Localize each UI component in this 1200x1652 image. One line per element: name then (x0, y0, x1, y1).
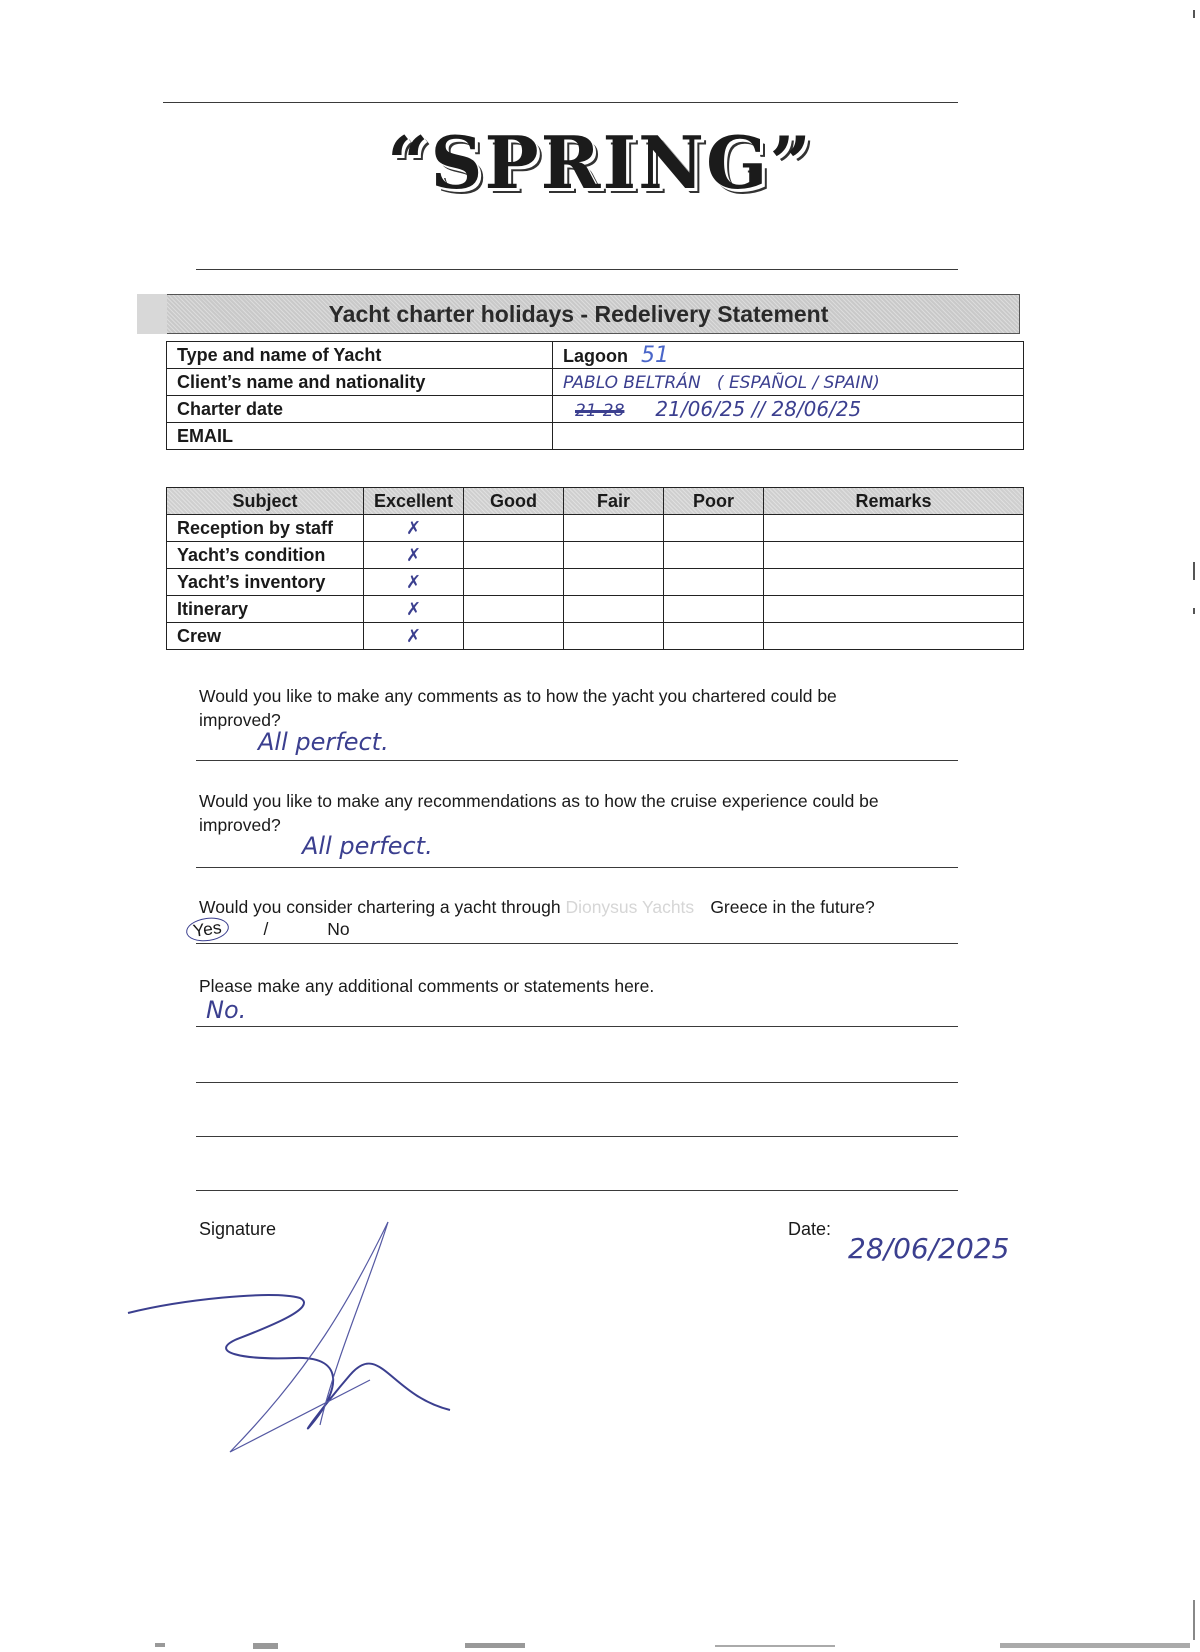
rating-row: Reception by staff✗ (167, 515, 1024, 542)
rating-cell-good[interactable] (464, 623, 564, 650)
banner-title: Yacht charter holidays - Redelivery Stat… (329, 301, 829, 327)
answer-cruise-recommendations[interactable]: All perfect. (302, 832, 433, 860)
top-rule (163, 102, 958, 103)
rating-remarks[interactable] (764, 623, 1024, 650)
rating-cell-poor[interactable] (664, 596, 764, 623)
answer-line (196, 760, 958, 761)
rating-subject: Crew (167, 623, 364, 650)
answer-line (196, 1082, 958, 1083)
x-mark-icon: ✗ (406, 545, 421, 565)
rating-body: Reception by staff✗Yacht’s condition✗Yac… (167, 515, 1024, 650)
info-row-client: Client’s name and nationality PABLO BELT… (167, 369, 1024, 396)
answer-line (196, 1190, 958, 1191)
info-label: Type and name of Yacht (167, 342, 553, 369)
scan-mark (1193, 1600, 1195, 1640)
info-row-yacht: Type and name of Yacht Lagoon 51 (167, 342, 1024, 369)
rating-subject: Reception by staff (167, 515, 364, 542)
scan-mark (715, 1645, 835, 1647)
rating-cell-good[interactable] (464, 542, 564, 569)
option-no[interactable]: No (327, 919, 349, 939)
rating-cell-excellent[interactable]: ✗ (364, 542, 464, 569)
answer-yacht-improvement[interactable]: All perfect. (258, 728, 389, 756)
future-charter-options: Yes / No (186, 918, 350, 941)
answer-line (196, 943, 958, 944)
rating-remarks[interactable] (764, 542, 1024, 569)
printed-value: Lagoon (563, 346, 628, 366)
scan-mark (1193, 562, 1195, 580)
scan-mark (465, 1643, 525, 1648)
rating-cell-poor[interactable] (664, 515, 764, 542)
handwritten-value: 21/06/25 // 28/06/25 (655, 397, 861, 421)
answer-line (196, 867, 958, 868)
col-subject: Subject (167, 488, 364, 515)
answer-line (196, 1026, 958, 1027)
col-poor: Poor (664, 488, 764, 515)
question-text-before: Would you consider chartering a yacht th… (199, 897, 561, 917)
scan-mark (1193, 10, 1195, 18)
rating-subject: Itinerary (167, 596, 364, 623)
handwritten-value: PABLO BELTRÁN ( ESPAÑOL / SPAIN) (563, 373, 880, 393)
rating-remarks[interactable] (764, 515, 1024, 542)
col-good: Good (464, 488, 564, 515)
info-value-yacht[interactable]: Lagoon 51 (553, 342, 1024, 369)
rating-table: Subject Excellent Good Fair Poor Remarks… (166, 487, 1024, 650)
scan-mark (1193, 608, 1195, 614)
info-row-charter-date: Charter date 21-28 21/06/25 // 28/06/25 (167, 396, 1024, 423)
rating-cell-poor[interactable] (664, 542, 764, 569)
info-value-charter-date[interactable]: 21-28 21/06/25 // 28/06/25 (553, 396, 1024, 423)
question-additional-comments: Please make any additional comments or s… (199, 974, 654, 998)
col-fair: Fair (564, 488, 664, 515)
company-name-faded: Dionysus Yachts (565, 895, 705, 919)
handwritten-value: 51 (641, 343, 669, 368)
form-banner: Yacht charter holidays - Redelivery Stat… (137, 294, 1020, 334)
option-yes[interactable]: Yes (185, 915, 230, 944)
date-value[interactable]: 28/06/2025 (848, 1232, 1009, 1265)
col-remarks: Remarks (764, 488, 1024, 515)
title-rule (196, 269, 958, 270)
rating-cell-poor[interactable] (664, 623, 764, 650)
rating-cell-excellent[interactable]: ✗ (364, 623, 464, 650)
scan-mark (1000, 1643, 1190, 1648)
scan-mark (155, 1643, 165, 1647)
rating-subject: Yacht’s inventory (167, 569, 364, 596)
rating-row: Yacht’s inventory✗ (167, 569, 1024, 596)
rating-cell-excellent[interactable]: ✗ (364, 569, 464, 596)
rating-cell-excellent[interactable]: ✗ (364, 596, 464, 623)
rating-remarks[interactable] (764, 569, 1024, 596)
rating-cell-poor[interactable] (664, 569, 764, 596)
rating-row: Itinerary✗ (167, 596, 1024, 623)
struck-out-value: 21-28 (575, 401, 624, 421)
rating-header-row: Subject Excellent Good Fair Poor Remarks (167, 488, 1024, 515)
rating-cell-fair[interactable] (564, 542, 664, 569)
rating-row: Crew✗ (167, 623, 1024, 650)
info-label: EMAIL (167, 423, 553, 450)
col-excellent: Excellent (364, 488, 464, 515)
rating-cell-fair[interactable] (564, 515, 664, 542)
rating-cell-excellent[interactable]: ✗ (364, 515, 464, 542)
answer-additional-comments[interactable]: No. (206, 996, 246, 1024)
rating-subject: Yacht’s condition (167, 542, 364, 569)
question-text-after: Greece in the future? (710, 897, 874, 917)
rating-cell-good[interactable] (464, 569, 564, 596)
rating-cell-fair[interactable] (564, 596, 664, 623)
info-label: Charter date (167, 396, 553, 423)
document-title: “SPRING” (0, 120, 1200, 205)
yacht-info-table: Type and name of Yacht Lagoon 51 Client’… (166, 341, 1024, 450)
info-label: Client’s name and nationality (167, 369, 553, 396)
signature-scribble[interactable] (120, 1220, 480, 1460)
x-mark-icon: ✗ (406, 572, 421, 592)
rating-row: Yacht’s condition✗ (167, 542, 1024, 569)
x-mark-icon: ✗ (406, 599, 421, 619)
rating-cell-fair[interactable] (564, 569, 664, 596)
info-value-email[interactable] (553, 423, 1024, 450)
answer-line (196, 1136, 958, 1137)
rating-cell-good[interactable] (464, 596, 564, 623)
option-separator: / (263, 919, 268, 939)
x-mark-icon: ✗ (406, 518, 421, 538)
question-future-charter: Would you consider chartering a yacht th… (199, 895, 959, 919)
rating-cell-good[interactable] (464, 515, 564, 542)
rating-remarks[interactable] (764, 596, 1024, 623)
banner-edge (137, 294, 167, 334)
question-cruise-recommendations: Would you like to make any recommendatio… (199, 789, 939, 837)
info-value-client[interactable]: PABLO BELTRÁN ( ESPAÑOL / SPAIN) (553, 369, 1024, 396)
scan-mark (253, 1643, 278, 1649)
date-label: Date: (788, 1219, 831, 1240)
question-yacht-improvement: Would you like to make any comments as t… (199, 684, 899, 732)
rating-cell-fair[interactable] (564, 623, 664, 650)
x-mark-icon: ✗ (406, 626, 421, 646)
info-row-email: EMAIL (167, 423, 1024, 450)
